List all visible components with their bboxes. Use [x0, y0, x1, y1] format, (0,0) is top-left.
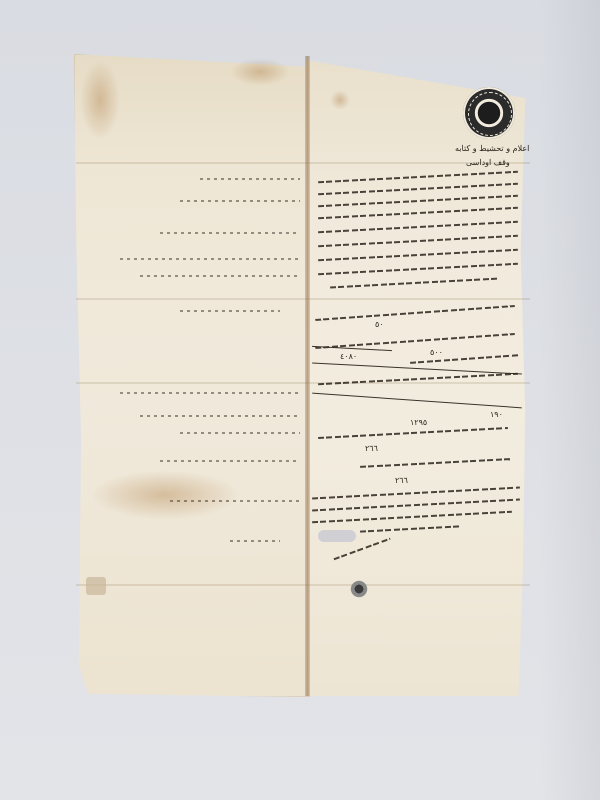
amount: ٥٠ — [375, 320, 384, 329]
document-photo: اعلام و تحشيط و كتابه وقف اوداسى ٥٠ ٥٠٠ … — [0, 0, 600, 800]
faded-text-line — [140, 275, 300, 277]
faded-blue-stamp — [318, 530, 356, 542]
faded-text-line — [160, 460, 300, 462]
amount: ١٩٠ — [490, 410, 503, 419]
horizontal-fold — [76, 162, 530, 164]
office-line-1: اعلام و تحشيط و كتابه — [455, 144, 529, 153]
amount: ٢٦٦ — [395, 476, 408, 485]
faded-signature — [230, 540, 280, 542]
faded-text-line — [180, 310, 280, 312]
horizontal-fold — [76, 382, 530, 384]
faded-text-line — [160, 232, 300, 234]
faded-text-line — [120, 258, 300, 260]
water-stain — [90, 470, 240, 520]
water-stain — [80, 60, 120, 140]
faded-text-line — [120, 392, 300, 394]
water-stain — [330, 90, 350, 110]
water-stain — [230, 58, 290, 86]
faded-text-line — [200, 178, 300, 180]
faded-text-line — [140, 415, 300, 417]
torn-corner — [86, 577, 106, 595]
faded-text-line — [170, 500, 300, 502]
amount: ٤٠٨٠ — [340, 352, 357, 361]
seal-ring — [468, 92, 512, 136]
left-leaf — [74, 54, 310, 697]
amount: ٥٠٠ — [430, 348, 443, 357]
horizontal-fold — [76, 584, 530, 586]
vertical-fold — [305, 56, 310, 696]
backdrop — [540, 0, 600, 800]
small-seal-icon — [348, 580, 370, 598]
horizontal-fold — [76, 298, 530, 300]
year-total: ١٢٩٥ — [410, 418, 427, 427]
faded-text-line — [180, 432, 300, 434]
faded-text-line — [180, 200, 300, 202]
amount: ٢٦٦ — [365, 444, 378, 453]
office-line-2: وقف اوداسى — [466, 158, 510, 167]
